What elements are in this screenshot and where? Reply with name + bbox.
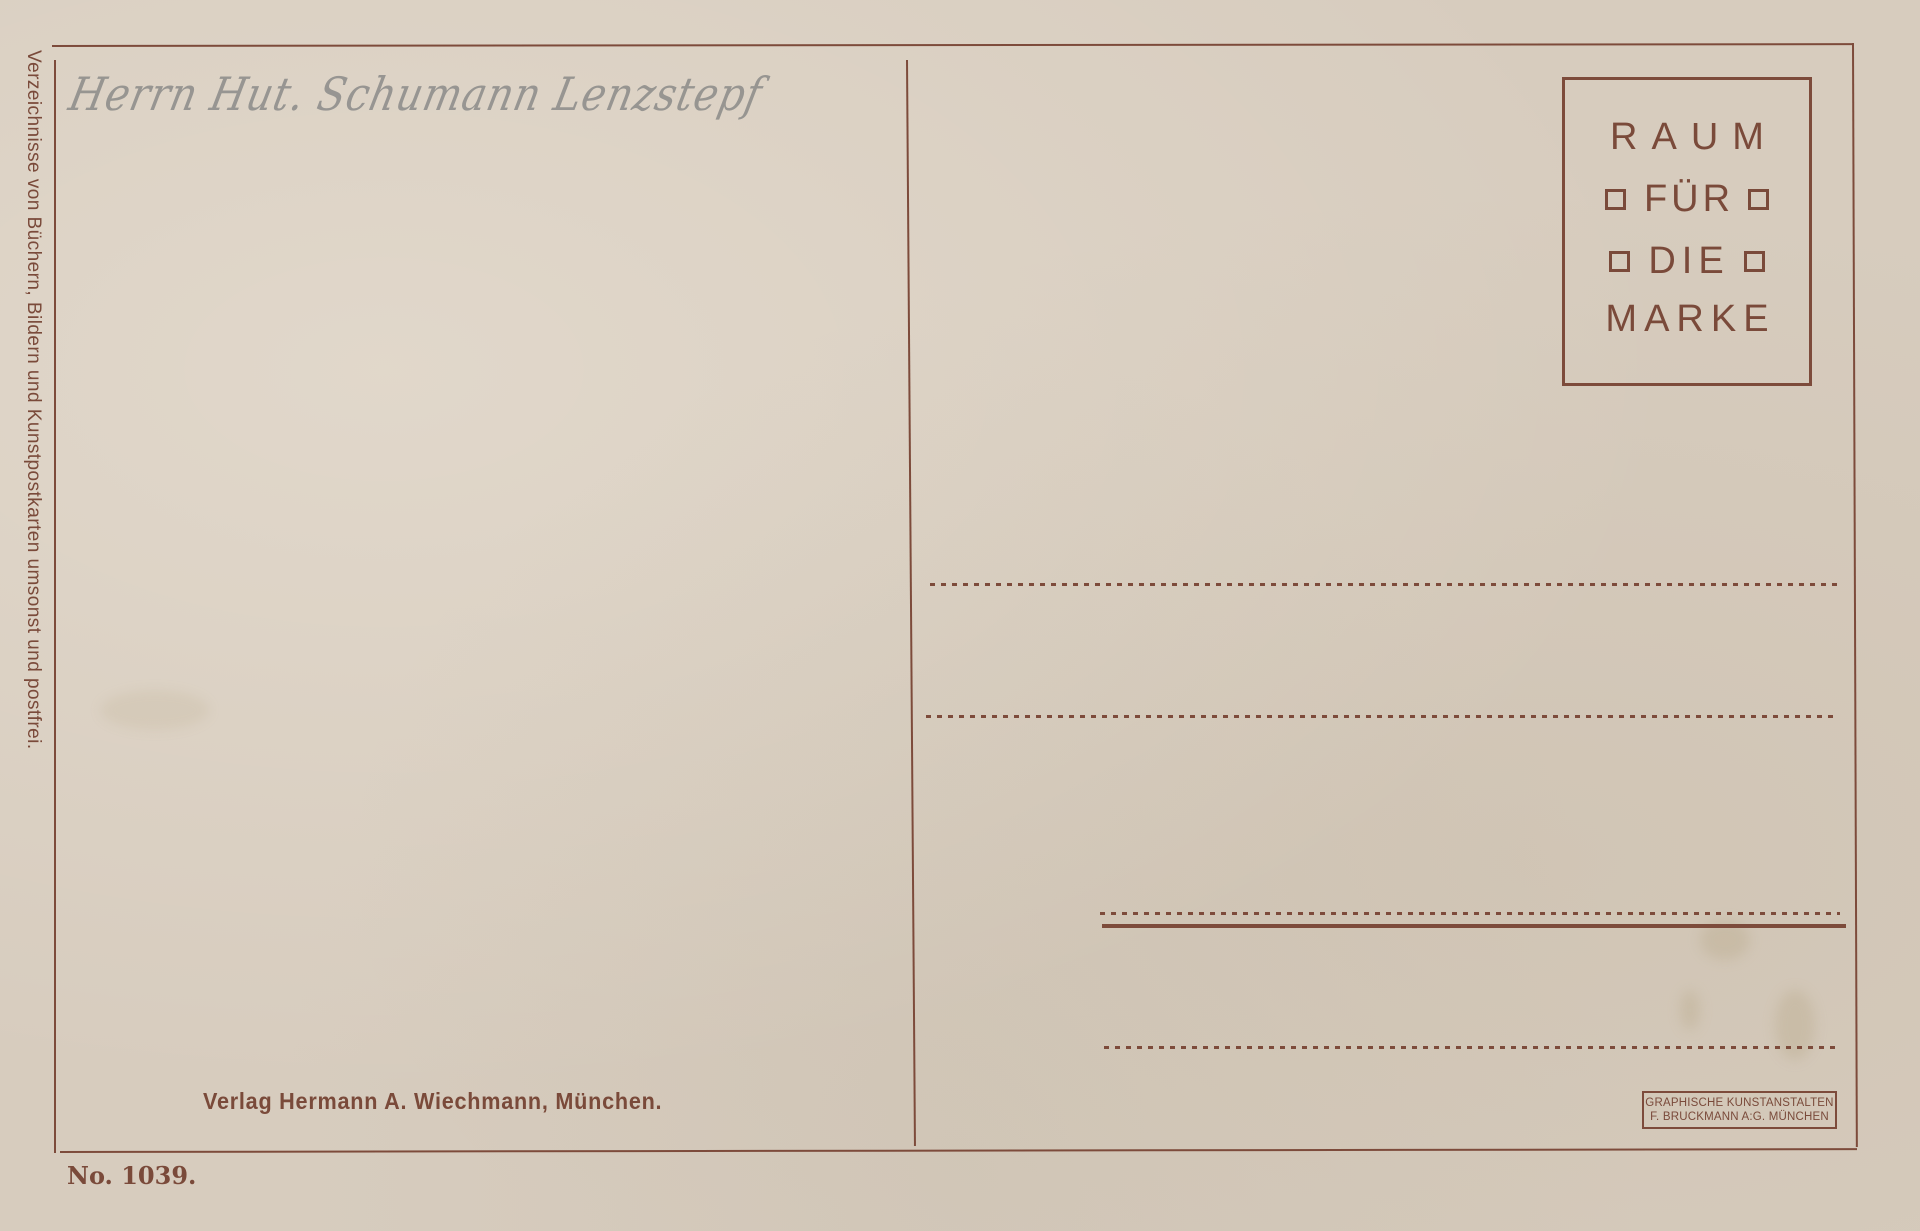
- address-line-3: [1100, 912, 1840, 915]
- publisher-imprint: Verlag Hermann A. Wiechmann, München.: [203, 1088, 662, 1115]
- handwritten-address: Herrn Hut. Schumann Lenzstepf: [64, 69, 767, 122]
- stamp-text-raum: RAUM: [1610, 116, 1778, 159]
- border-bottom: [60, 1148, 1857, 1153]
- stamp-text-fuer: FÜR: [1644, 178, 1734, 221]
- paper-stain: [1680, 990, 1700, 1030]
- paper-stain: [1775, 990, 1815, 1060]
- paper-stain: [100, 690, 210, 730]
- stamp-text-marke: MARKE: [1605, 298, 1775, 341]
- stamp-row-2: FÜR: [1565, 178, 1809, 221]
- stamp-row-1: RAUM: [1565, 116, 1809, 159]
- border-left: [54, 60, 56, 1153]
- border-right: [1852, 43, 1858, 1147]
- stamp-area: RAUM FÜR DIE MARKE: [1562, 77, 1812, 386]
- catalog-number: No. 1039.: [67, 1161, 196, 1190]
- small-square-icon: [1605, 189, 1626, 210]
- stamp-row-3: DIE: [1565, 240, 1809, 283]
- printer-imprint-box: GRAPHISCHE KUNSTANSTALTEN F. BRUCKMANN A…: [1642, 1091, 1837, 1129]
- stamp-row-4: MARKE: [1565, 298, 1809, 341]
- small-square-icon: [1609, 251, 1630, 272]
- address-line-2: [926, 715, 1838, 718]
- border-top: [52, 43, 1853, 47]
- small-square-icon: [1744, 251, 1765, 272]
- address-line-4: [1104, 1046, 1840, 1049]
- small-square-icon: [1748, 189, 1769, 210]
- postcard-back: Verzeichnisse von Büchern, Bildern und K…: [0, 0, 1920, 1231]
- printer-line-1: GRAPHISCHE KUNSTANSTALTEN: [1644, 1096, 1835, 1110]
- stamp-text-die: DIE: [1648, 240, 1729, 283]
- address-underline-solid: [1102, 924, 1846, 928]
- address-line-1: [930, 583, 1842, 586]
- printer-line-2: F. BRUCKMANN A:G. MÜNCHEN: [1644, 1110, 1835, 1124]
- center-divider: [906, 60, 916, 1146]
- side-text: Verzeichnisse von Büchern, Bildern und K…: [22, 50, 44, 1150]
